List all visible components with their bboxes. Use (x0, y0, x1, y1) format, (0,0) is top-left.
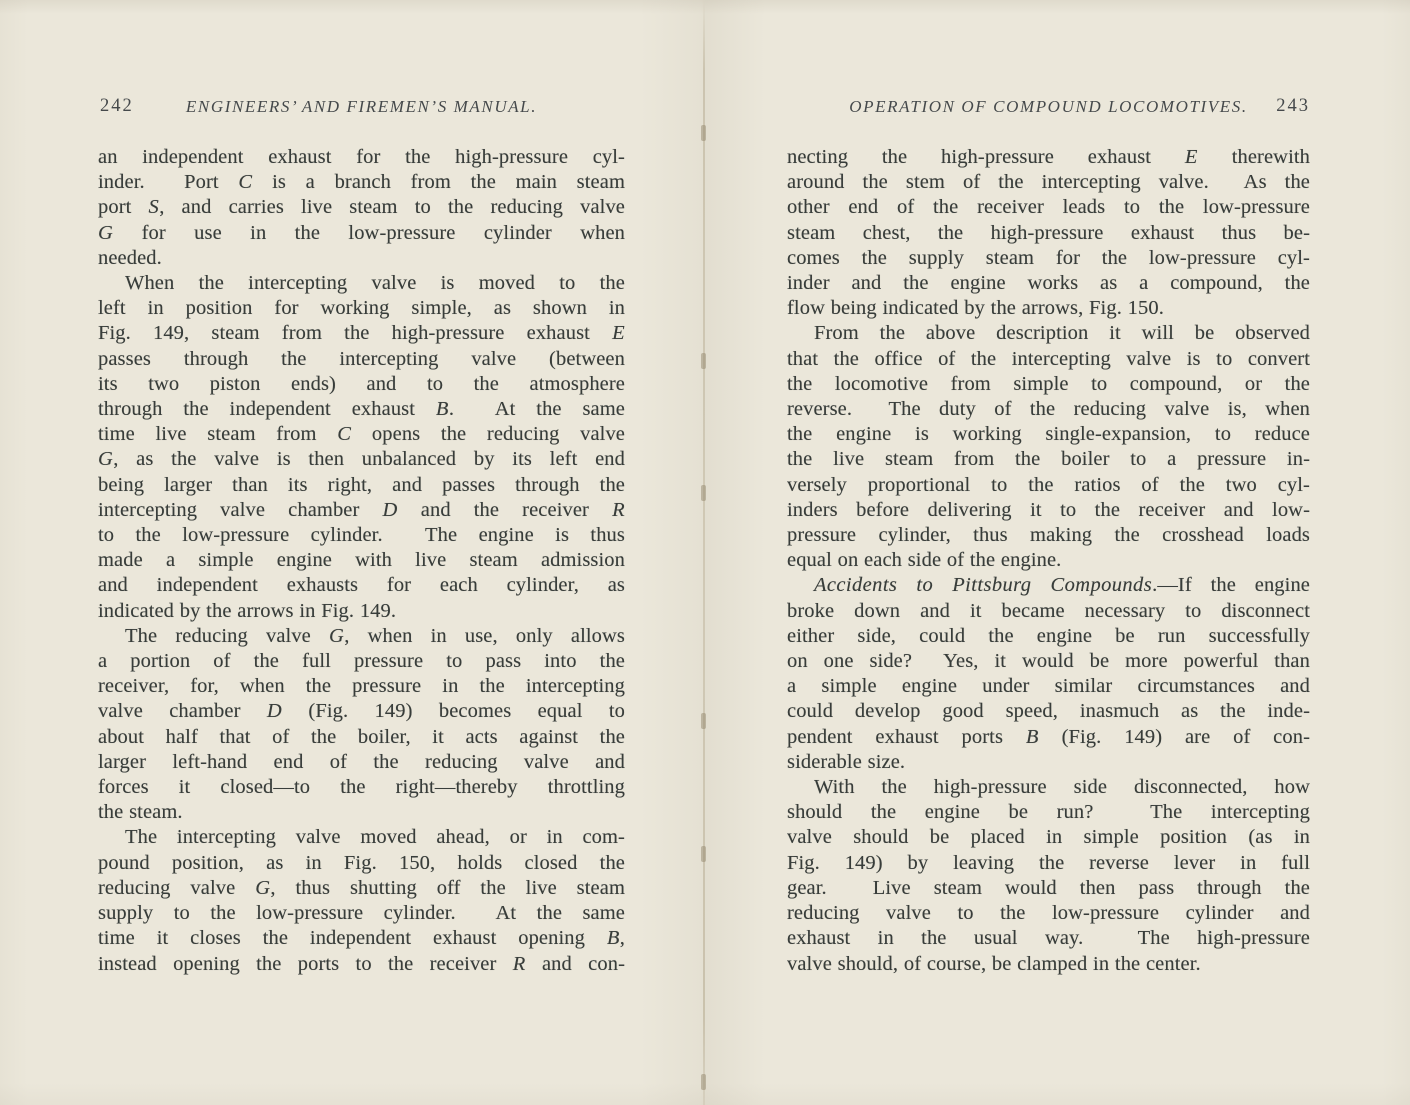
text-line: needed. (98, 246, 625, 271)
text-line: versely proportional to the ratios of th… (787, 473, 1310, 498)
binding-stitch (701, 485, 706, 501)
text-line: Fig. 149) by leaving the reverse lever i… (787, 851, 1310, 876)
running-title-left: ENGINEERS’ AND FIREMEN’S MANUAL. (98, 95, 625, 119)
text-line: through the independent exhaust B. At th… (98, 397, 625, 422)
text-line: on one side? Yes, it would be more power… (787, 649, 1310, 674)
text-line: port S, and carries live steam to the re… (98, 195, 625, 220)
text-line: passes through the intercepting valve (b… (98, 347, 625, 372)
text-line: left in position for working simple, as … (98, 296, 625, 321)
page-number-left: 242 (100, 96, 134, 117)
text-line: that the office of the intercepting valv… (787, 347, 1310, 372)
text-line: intercepting valve chamber D and the rec… (98, 498, 625, 523)
text-line: inder. Port C is a branch from the main … (98, 170, 625, 195)
running-head-left: 242 ENGINEERS’ AND FIREMEN’S MANUAL. (98, 95, 625, 119)
text-line: reducing valve G, thus shutting off the … (98, 876, 625, 901)
text-line: When the intercepting valve is moved to … (98, 271, 625, 296)
binding-stitch (701, 846, 706, 862)
text-line: inders before delivering it to the recei… (787, 498, 1310, 523)
text-line: indicated by the arrows in Fig. 149. (98, 599, 625, 624)
text-line: From the above description it will be ob… (787, 321, 1310, 346)
text-line: about half that of the boiler, it acts a… (98, 725, 625, 750)
text-line: With the high-pressure side disconnected… (787, 775, 1310, 800)
text-line: valve should, of course, be clamped in t… (787, 952, 1310, 977)
text-line: other end of the receiver leads to the l… (787, 195, 1310, 220)
text-line: flow being indicated by the arrows, Fig.… (787, 296, 1310, 321)
text-line: steam chest, the high-pressure exhaust t… (787, 221, 1310, 246)
text-line: comes the supply steam for the low-press… (787, 246, 1310, 271)
book-spread: 242 ENGINEERS’ AND FIREMEN’S MANUAL. an … (0, 0, 1410, 1105)
text-line: an independent exhaust for the high-pres… (98, 145, 625, 170)
text-line: a portion of the full pressure to pass i… (98, 649, 625, 674)
text-line: inder and the engine works as a compound… (787, 271, 1310, 296)
text-line: time live steam from C opens the reducin… (98, 422, 625, 447)
text-line: pendent exhaust ports B (Fig. 149) are o… (787, 725, 1310, 750)
text-line: around the stem of the intercepting valv… (787, 170, 1310, 195)
text-line: reverse. The duty of the reducing valve … (787, 397, 1310, 422)
binding-stitch (701, 713, 706, 729)
text-line: The reducing valve G, when in use, only … (98, 624, 625, 649)
text-line: broke down and it became necessary to di… (787, 599, 1310, 624)
text-line: The intercepting valve moved ahead, or i… (98, 825, 625, 850)
text-line: being larger than its right, and passes … (98, 473, 625, 498)
text-line: supply to the low-pressure cylinder. At … (98, 901, 625, 926)
text-line: forces it closed—to the right—thereby th… (98, 775, 625, 800)
text-line: valve should be placed in simple positio… (787, 825, 1310, 850)
text-line: the locomotive from simple to compound, … (787, 372, 1310, 397)
running-title-right: OPERATION OF COMPOUND LOCOMOTIVES. (787, 95, 1310, 119)
text-line: gear. Live steam would then pass through… (787, 876, 1310, 901)
text-line: reducing valve to the low-pressure cylin… (787, 901, 1310, 926)
page-number-right: 243 (1276, 96, 1310, 117)
text-line: either side, could the engine be run suc… (787, 624, 1310, 649)
text-line: Fig. 149, steam from the high-pressure e… (98, 321, 625, 346)
text-line: and independent exhausts for each cylind… (98, 573, 625, 598)
text-line: should the engine be run? The intercepti… (787, 800, 1310, 825)
text-line: pressure cylinder, thus making the cross… (787, 523, 1310, 548)
text-line: G, as the valve is then unbalanced by it… (98, 447, 625, 472)
text-line: could develop good speed, inasmuch as th… (787, 699, 1310, 724)
binding-stitch (701, 353, 706, 369)
text-line: larger left-hand end of the reducing val… (98, 750, 625, 775)
text-line: time it closes the independent exhaust o… (98, 926, 625, 951)
text-line: the live steam from the boiler to a pres… (787, 447, 1310, 472)
page-body-right: necting the high-pressure exhaust E ther… (787, 145, 1310, 977)
text-line: made a simple engine with live steam adm… (98, 548, 625, 573)
text-line: a simple engine under similar circumstan… (787, 674, 1310, 699)
text-line: receiver, for, when the pressure in the … (98, 674, 625, 699)
binding-stitch (701, 125, 706, 141)
page-body-left: an independent exhaust for the high-pres… (98, 145, 625, 977)
text-line: the engine is working single-expansion, … (787, 422, 1310, 447)
text-line: valve chamber D (Fig. 149) becomes equal… (98, 699, 625, 724)
text-line: instead opening the ports to the receive… (98, 952, 625, 977)
text-line: exhaust in the usual way. The high-press… (787, 926, 1310, 951)
binding-stitch (701, 1074, 706, 1090)
running-head-right: OPERATION OF COMPOUND LOCOMOTIVES. 243 (787, 95, 1310, 119)
text-line: to the low-pressure cylinder. The engine… (98, 523, 625, 548)
text-line: the steam. (98, 800, 625, 825)
text-line: equal on each side of the engine. (787, 548, 1310, 573)
text-line: Accidents to Pittsburg Compounds.—If the… (787, 573, 1310, 598)
text-line: G for use in the low-pressure cylinder w… (98, 221, 625, 246)
text-line: pound position, as in Fig. 150, holds cl… (98, 851, 625, 876)
page-left: 242 ENGINEERS’ AND FIREMEN’S MANUAL. an … (98, 95, 625, 977)
text-line: its two piston ends) and to the atmosphe… (98, 372, 625, 397)
text-line: siderable size. (787, 750, 1310, 775)
page-right: OPERATION OF COMPOUND LOCOMOTIVES. 243 n… (787, 95, 1310, 977)
text-line: necting the high-pressure exhaust E ther… (787, 145, 1310, 170)
binding-crease (703, 0, 705, 1105)
